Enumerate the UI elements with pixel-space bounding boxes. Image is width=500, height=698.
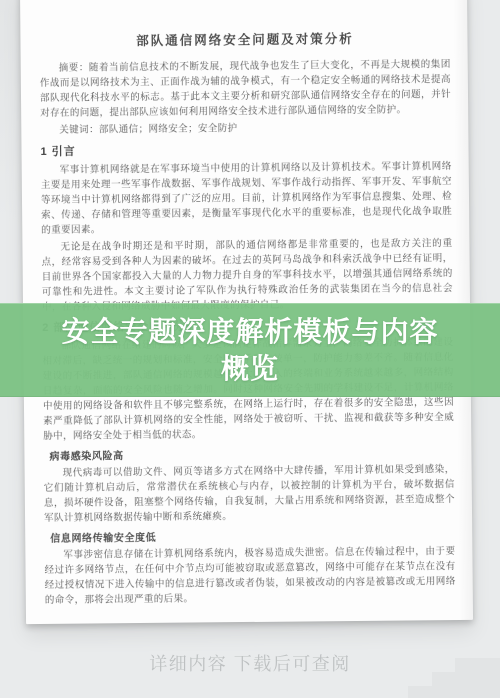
section-heading-introduction: 1 引言 (40, 139, 451, 159)
preview-canvas: 部队通信网络安全问题及对策分析 摘要：随着当前信息技术的不断发展，现代战争也发生… (0, 0, 500, 698)
intro-paragraph-1: 军事计算机网络就是在军事环境当中使用的计算机网络以及计算机技术。军事计算机网络主… (41, 159, 453, 238)
promo-banner: 安全专题深度解析模板与内容概览 (0, 303, 500, 397)
subheading-transmission-security: 信息网络传输安全度低 (44, 526, 455, 545)
virus-risk-paragraph: 现代病毒可以借助文件、网页等诸多方式在网络中大肆传播，军用计算机如果受到感染，它… (44, 462, 456, 526)
promo-banner-title: 安全专题深度解析模板与内容概览 (0, 313, 500, 387)
keywords-line: 关键词：部队通信；网络安全；安全防护 (40, 119, 451, 138)
document-title: 部队通信网络安全问题及对策分析 (39, 28, 450, 50)
abstract-paragraph: 摘要：随着当前信息技术的不断发展，现代战争也发生了巨大变化，不再是大规模的集团作… (40, 57, 452, 121)
footer-notice: 详细内容 下载后可查阅 (0, 650, 500, 676)
transmission-security-paragraph: 军事涉密信息存储在计算机网络系统内，极容易造成失泄密。信息在传输过程中，由于要经… (44, 544, 456, 608)
watermark-step (408, 686, 500, 698)
subheading-virus-risk: 病毒感染风险高 (43, 444, 454, 463)
